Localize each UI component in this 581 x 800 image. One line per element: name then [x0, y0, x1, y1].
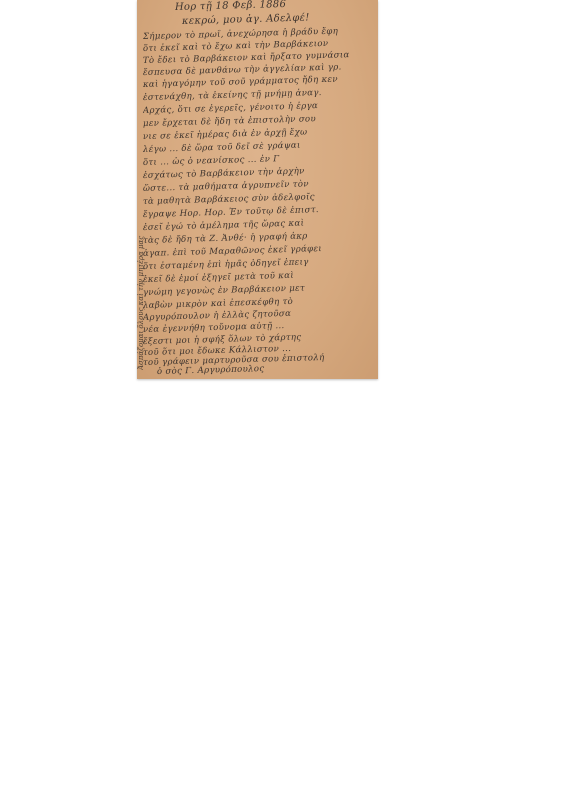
letter-scan: Ηορ τῇ 18 Φεβ. 1886 κεκρώ, μου ἀγ. Αδελφ…	[137, 0, 378, 379]
